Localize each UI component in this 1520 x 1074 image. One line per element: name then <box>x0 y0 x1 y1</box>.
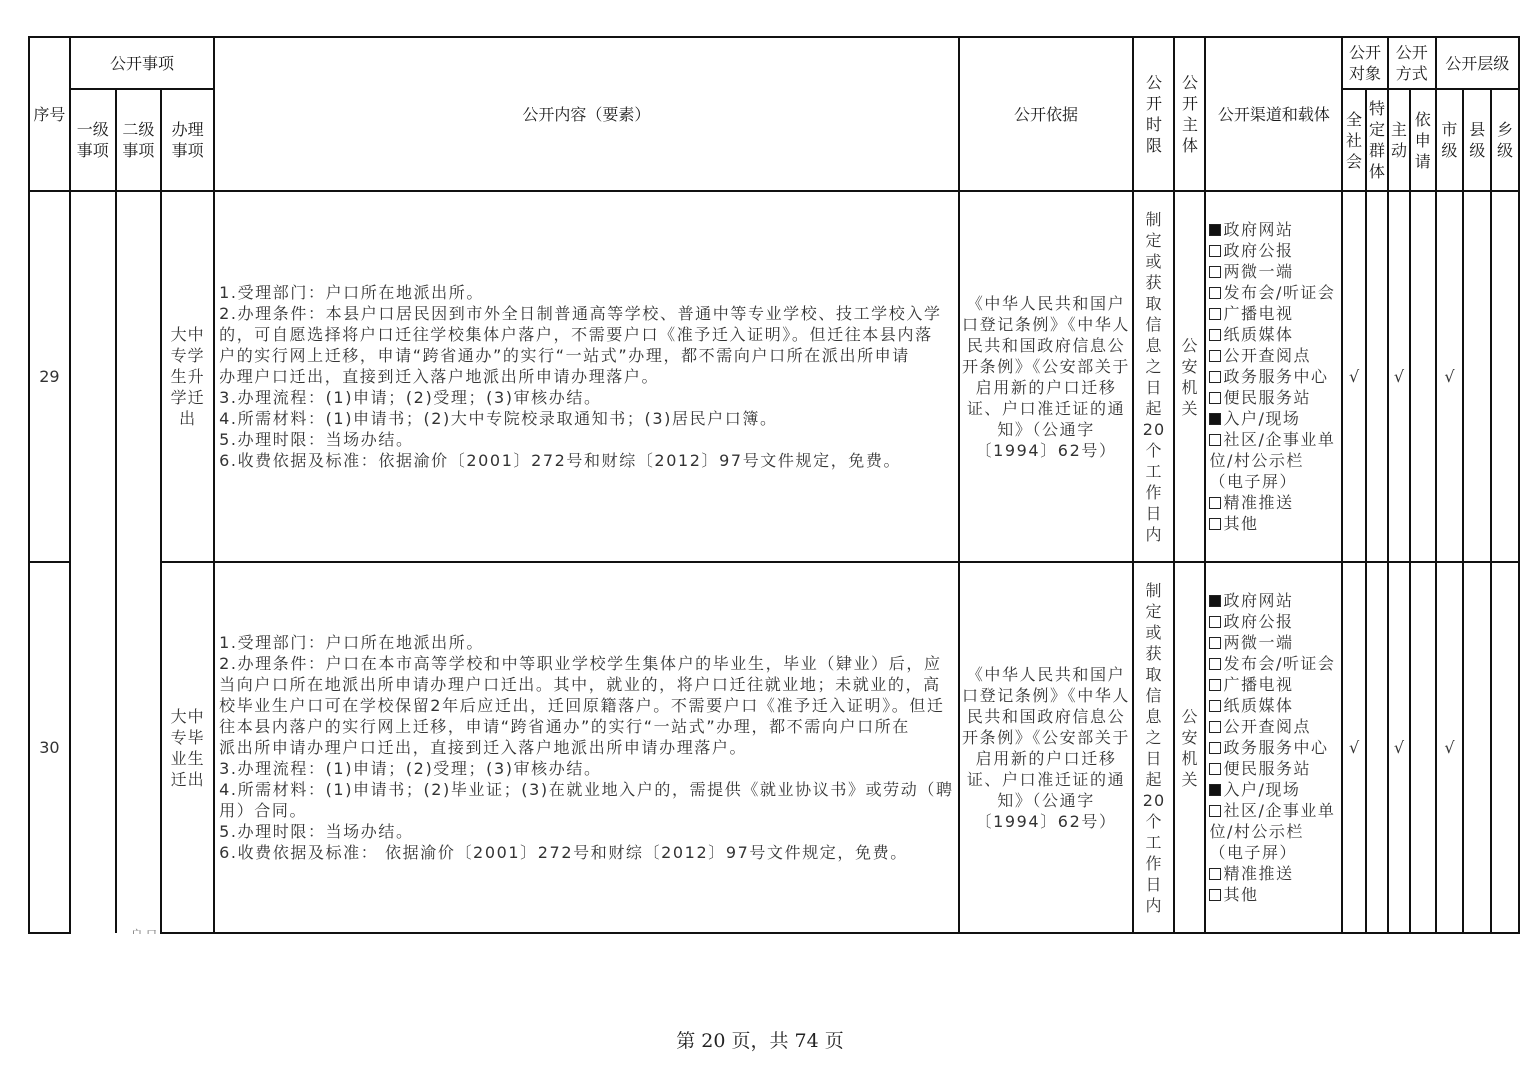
channels-cell: 政府网站 政府公报 两微一端 发布会/听证会 广播电视 纸质媒体 公开查阅点 政… <box>1205 562 1342 933</box>
content-line: 3.办理流程：(1)申请；(2)受理；(3)审核办结。 <box>219 387 953 408</box>
channel-item: 纸质媒体 <box>1209 324 1338 345</box>
content-cell: 1.受理部门：户口所在地派出所。 2.办理条件：本县户口居民因到市外全日制普通高… <box>214 191 958 562</box>
checkbox-empty-icon <box>1209 371 1221 383</box>
channel-item: 入户/现场 <box>1209 408 1338 429</box>
channel-item: 社区/企事业单位/村公示栏（电子屏） <box>1209 429 1338 492</box>
checkbox-empty-icon <box>1209 616 1221 628</box>
header-target-group: 公开对象 <box>1342 37 1388 89</box>
header-subject: 公开主体 <box>1174 37 1205 191</box>
checkbox-empty-icon <box>1209 308 1221 320</box>
channel-item: 公开查阅点 <box>1209 716 1338 737</box>
channel-item: 便民服务站 <box>1209 758 1338 779</box>
channel-item: 广播电视 <box>1209 674 1338 695</box>
channel-item: 政务服务中心 <box>1209 737 1338 758</box>
header-method-group: 公开方式 <box>1388 37 1436 89</box>
level-town-check <box>1491 562 1519 933</box>
channel-item: 发布会/听证会 <box>1209 653 1338 674</box>
checkbox-empty-icon <box>1209 805 1221 817</box>
content-line: 校毕业生户口可在学校保留2年后应迁出，迁回原籍落户。不需要户口《准予迁入证明》。… <box>219 695 953 716</box>
checkbox-empty-icon <box>1209 287 1221 299</box>
checkbox-checked-icon <box>1209 595 1221 607</box>
checkbox-checked-icon <box>1209 413 1221 425</box>
method-request-check <box>1410 562 1436 933</box>
level-county-check <box>1463 562 1491 933</box>
header-channels: 公开渠道和载体 <box>1205 37 1342 191</box>
checkbox-empty-icon <box>1209 245 1221 257</box>
header-target-specific: 特定群体 <box>1366 89 1388 191</box>
time-limit-cell: 制定或获取信息之日起20个工作日内 <box>1133 562 1174 933</box>
content-line: 户的实行网上迁移，申请“跨省通办”的实行“一站式”办理，都不需向户口所在派出所申… <box>219 345 953 366</box>
channel-item: 精准推送 <box>1209 492 1338 513</box>
checkbox-empty-icon <box>1209 763 1221 775</box>
content-line: 1.受理部门：户口所在地派出所。 <box>219 632 953 653</box>
checkbox-checked-icon <box>1209 224 1221 236</box>
header-time-limit: 公开时限 <box>1133 37 1174 191</box>
content-line: 用）合同。 <box>219 800 953 821</box>
checkbox-empty-icon <box>1209 637 1221 649</box>
handle-item: 大中专毕业生迁出 <box>161 562 214 933</box>
content-line: 当向户口所在地派出所申请办理户口迁出。其中，就业的，将户口迁往就业地；未就业的，… <box>219 674 953 695</box>
subject-cell: 公安机关 <box>1174 191 1205 562</box>
disclosure-table: 序号 公开事项 公开内容（要素） 公开依据 公开时限 公开主体 公开渠道和载体 … <box>28 36 1520 934</box>
document-page: 序号 公开事项 公开内容（要素） 公开依据 公开时限 公开主体 公开渠道和载体 … <box>0 0 1520 1074</box>
header-level1: 一级事项 <box>70 89 116 191</box>
header-level2: 二级事项 <box>116 89 162 191</box>
method-request-check <box>1410 191 1436 562</box>
content-line: 4.所需材料：(1)申请书；(2)大中专院校录取通知书；(3)居民户口簿。 <box>219 408 953 429</box>
content-line: 2.办理条件：户口在本市高等学校和中等职业学校学生集体户的毕业生，毕业（肄业）后… <box>219 653 953 674</box>
header-method-request: 依申请 <box>1410 89 1436 191</box>
method-active-check: √ <box>1388 191 1410 562</box>
channel-item: 精准推送 <box>1209 863 1338 884</box>
level-county-check <box>1463 191 1491 562</box>
target-specific-check <box>1366 191 1388 562</box>
header-items-group: 公开事项 <box>70 37 214 89</box>
content-line: 3.办理流程：(1)申请；(2)受理；(3)审核办结。 <box>219 758 953 779</box>
header-seq: 序号 <box>29 37 70 191</box>
channel-item: 其他 <box>1209 513 1338 534</box>
channel-item: 纸质媒体 <box>1209 695 1338 716</box>
table-row: 30 大中专毕业生迁出 1.受理部门：户口所在地派出所。 2.办理条件：户口在本… <box>29 562 1519 933</box>
target-all-check: √ <box>1342 191 1366 562</box>
checkbox-empty-icon <box>1209 434 1221 446</box>
row-seq: 29 <box>29 191 70 562</box>
checkbox-empty-icon <box>1209 350 1221 362</box>
page-footer: 第 20 页，共 74 页 <box>0 1026 1520 1053</box>
checkbox-empty-icon <box>1209 868 1221 880</box>
channel-item: 政府公报 <box>1209 611 1338 632</box>
content-line: 1.受理部门：户口所在地派出所。 <box>219 282 953 303</box>
channel-item: 政府网站 <box>1209 590 1338 611</box>
channel-item: 其他 <box>1209 884 1338 905</box>
header-basis: 公开依据 <box>959 37 1134 191</box>
content-line: 办理户口迁出，直接到迁入落户地派出所申请办理落户。 <box>219 366 953 387</box>
content-line: 5.办理时限：当场办结。 <box>219 821 953 842</box>
channel-item: 社区/企事业单位/村公示栏（电子屏） <box>1209 800 1338 863</box>
content-line: 6.收费依据及标准： 依据渝价〔2001〕272号和财综〔2012〕97号文件规… <box>219 842 953 863</box>
checkbox-empty-icon <box>1209 658 1221 670</box>
checkbox-empty-icon <box>1209 889 1221 901</box>
channel-item: 发布会/听证会 <box>1209 282 1338 303</box>
header-content: 公开内容（要素） <box>214 37 958 191</box>
checkbox-empty-icon <box>1209 518 1221 530</box>
checkbox-empty-icon <box>1209 700 1221 712</box>
channel-item: 广播电视 <box>1209 303 1338 324</box>
level-town-check <box>1491 191 1519 562</box>
content-line: 4.所需材料：(1)申请书；(2)毕业证；(3)在就业地入户的，需提供《就业协议… <box>219 779 953 800</box>
target-all-check: √ <box>1342 562 1366 933</box>
level1-cell <box>70 191 116 933</box>
checkbox-empty-icon <box>1209 392 1221 404</box>
channel-item: 政府网站 <box>1209 219 1338 240</box>
channel-item: 两微一端 <box>1209 632 1338 653</box>
content-line: 的，可自愿选择将户口迁往学校集体户落户，不需要户口《准予迁入证明》。但迁往本县内… <box>219 324 953 345</box>
content-line: 派出所申请办理户口迁出，直接到迁入落户地派出所申请办理落户。 <box>219 737 953 758</box>
content-cell: 1.受理部门：户口所在地派出所。 2.办理条件：户口在本市高等学校和中等职业学校… <box>214 562 958 933</box>
header-target-all: 全社会 <box>1342 89 1366 191</box>
table-row: 29 大中专学生升学迁出 1.受理部门：户口所在地派出所。 2.办理条件：本县户… <box>29 191 1519 562</box>
header-level-group: 公开层级 <box>1436 37 1519 89</box>
channels-cell: 政府网站 政府公报 两微一端 发布会/听证会 广播电视 纸质媒体 公开查阅点 政… <box>1205 191 1342 562</box>
checkbox-empty-icon <box>1209 497 1221 509</box>
target-specific-check <box>1366 562 1388 933</box>
level-city-check: √ <box>1436 191 1464 562</box>
content-line: 5.办理时限：当场办结。 <box>219 429 953 450</box>
basis-cell: 《中华人民共和国户口登记条例》《中华人民共和国政府信息公开条例》《公安部关于启用… <box>959 562 1134 933</box>
channel-item: 政府公报 <box>1209 240 1338 261</box>
header-level-county: 县级 <box>1463 89 1491 191</box>
checkbox-empty-icon <box>1209 679 1221 691</box>
header-level-city: 市级 <box>1436 89 1464 191</box>
checkbox-empty-icon <box>1209 266 1221 278</box>
channel-item: 便民服务站 <box>1209 387 1338 408</box>
content-line: 2.办理条件：本县户口居民因到市外全日制普通高等学校、普通中等专业学校、技工学校… <box>219 303 953 324</box>
basis-cell: 《中华人民共和国户口登记条例》《中华人民共和国政府信息公开条例》《公安部关于启用… <box>959 191 1134 562</box>
content-line: 6.收费依据及标准：依据渝价〔2001〕272号和财综〔2012〕97号文件规定… <box>219 450 953 471</box>
checkbox-checked-icon <box>1209 784 1221 796</box>
level2-cell <box>116 191 162 933</box>
time-limit-cell: 制定或获取信息之日起20个工作日内 <box>1133 191 1174 562</box>
method-active-check: √ <box>1388 562 1410 933</box>
checkbox-empty-icon <box>1209 721 1221 733</box>
row-seq: 30 <box>29 562 70 933</box>
channel-item: 公开查阅点 <box>1209 345 1338 366</box>
handle-item: 大中专学生升学迁出 <box>161 191 214 562</box>
channel-item: 两微一端 <box>1209 261 1338 282</box>
level-city-check: √ <box>1436 562 1464 933</box>
header-method-active: 主动 <box>1388 89 1410 191</box>
subject-cell: 公安机关 <box>1174 562 1205 933</box>
header-level-town: 乡级 <box>1491 89 1519 191</box>
header-handle-item: 办理事项 <box>161 89 214 191</box>
checkbox-empty-icon <box>1209 742 1221 754</box>
channel-item: 入户/现场 <box>1209 779 1338 800</box>
checkbox-empty-icon <box>1209 329 1221 341</box>
content-line: 往本县内落户的实行网上迁移，申请“跨省通办”的实行“一站式”办理，都不需向户口所… <box>219 716 953 737</box>
cut-off-level2-text: 户口 <box>131 926 161 934</box>
channel-item: 政务服务中心 <box>1209 366 1338 387</box>
